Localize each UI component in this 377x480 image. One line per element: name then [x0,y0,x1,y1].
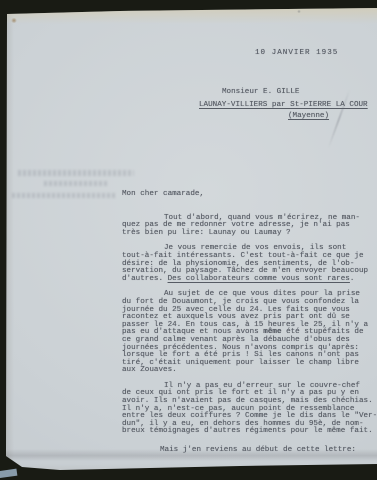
paragraph: Il n'y a pas eu d'erreur sur le couvre-c… [122,383,374,436]
bleed-through-text [18,170,134,176]
typed-line: aux Zouaves. [122,367,374,375]
recipient-address: LAUNAY-VILLIERS par St-PIERRE LA COUR [199,101,368,109]
paper-crease [327,90,350,149]
underlying-sheet-edge [0,469,17,479]
paragraph: Tout d'abord, quand vous m'écrirez, ne m… [122,215,374,238]
closing-line: Mais j'en reviens au début de cette lett… [122,447,374,455]
typed-line: d'autres. Des collaborateurs comme vous … [122,276,374,284]
letter-body: Mon cher camarade, Tout d'abord, quand v… [122,191,374,455]
paragraph-container: Tout d'abord, quand vous m'écrirez, ne m… [122,215,374,436]
recipient-name: Monsieur E. GILLE [222,88,299,96]
typed-line: breux témoignages d'autres régiments pou… [122,428,374,436]
bleed-through-text [44,181,108,186]
salutation: Mon cher camarade, [122,191,374,199]
foxing-spot [11,18,17,23]
scan-background: 10 JANVIER 1935 Monsieur E. GILLE LAUNAY… [0,0,377,480]
recipient-department: (Mayenne) [288,112,329,120]
bleed-through-text [12,193,116,198]
paper-speck [297,10,301,13]
letter-page: 10 JANVIER 1935 Monsieur E. GILLE LAUNAY… [0,0,377,480]
typed-line: très bien pu lire: Launay ou Laumay ? [122,230,374,238]
paragraph: Au sujet de ce que vous dites pour la pr… [122,291,374,375]
letter-date: 10 JANVIER 1935 [255,49,338,57]
paragraph: Je vous remercie de vos envois, ils sont… [122,245,374,283]
